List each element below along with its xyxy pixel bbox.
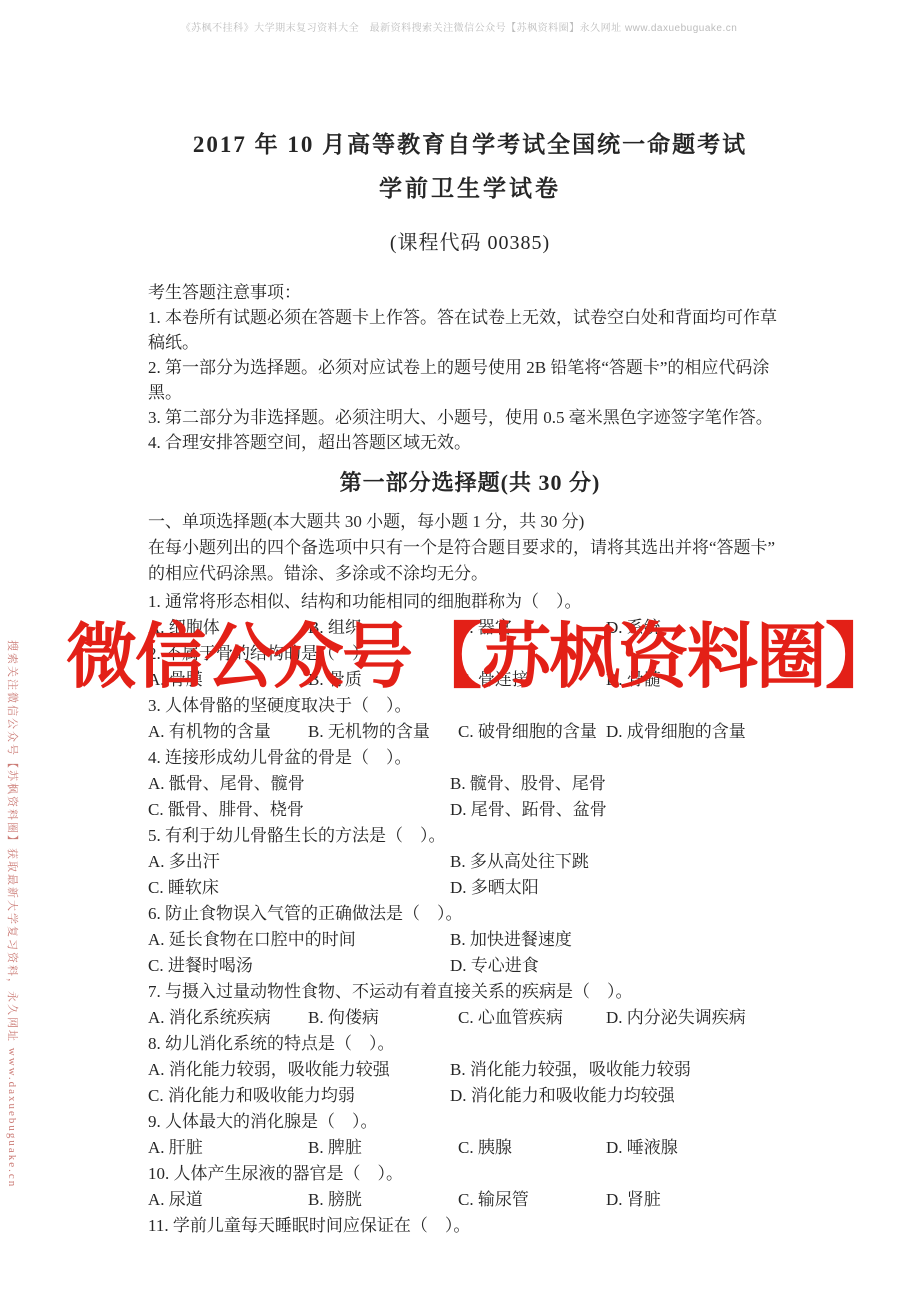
- option: B. 加快进餐速度: [450, 927, 792, 953]
- option: B. 消化能力较强，吸收能力较弱: [450, 1057, 792, 1083]
- question-options: A. 消化系统疾病B. 佝偻病C. 心血管疾病D. 内分泌失调疾病: [148, 1005, 792, 1031]
- option: C. 胰腺: [458, 1135, 606, 1161]
- question-options: A. 骶骨、尾骨、髋骨B. 髋骨、股骨、尾骨C. 骶骨、腓骨、桡骨D. 尾骨、跖…: [148, 771, 792, 823]
- center-watermark-text: 微信公众号【苏枫资料圈】: [66, 600, 894, 702]
- question: 7. 与摄入过量动物性食物、不运动有着直接关系的疾病是（ ）。 A. 消化系统疾…: [148, 979, 792, 1031]
- option: C. 睡软床: [148, 875, 450, 901]
- question: 6. 防止食物误入气管的正确做法是（ ）。 A. 延长食物在口腔中的时间B. 加…: [148, 901, 792, 979]
- option: A. 有机物的含量: [148, 719, 308, 745]
- option: B. 佝偻病: [308, 1005, 458, 1031]
- notice-item: 2. 第一部分为选择题。必须对应试卷上的题号使用 2B 铅笔将“答题卡”的相应代…: [148, 355, 792, 405]
- notice-heading: 考生答题注意事项：: [148, 280, 792, 305]
- notice-item: 4. 合理安排答题空间，超出答题区域无效。: [148, 430, 792, 455]
- option: A. 肝脏: [148, 1135, 308, 1161]
- section-title: 第一部分选择题(共 30 分): [148, 467, 792, 499]
- section-subtitle: 一、单项选择题(本大题共 30 小题，每小题 1 分，共 30 分): [148, 509, 792, 535]
- question-stem: 5. 有利于幼儿骨骼生长的方法是（ ）。: [148, 823, 792, 849]
- section-instructions: 在每小题列出的四个备选项中只有一个是符合题目要求的，请将其选出并将“答题卡”的相…: [148, 535, 792, 587]
- option: D. 内分泌失调疾病: [606, 1005, 792, 1031]
- question: 5. 有利于幼儿骨骼生长的方法是（ ）。 A. 多出汗B. 多从高处往下跳C. …: [148, 823, 792, 901]
- question: 9. 人体最大的消化腺是（ ）。 A. 肝脏B. 脾脏C. 胰腺D. 唾液腺: [148, 1109, 792, 1161]
- option: B. 多从高处往下跳: [450, 849, 792, 875]
- question-options: A. 肝脏B. 脾脏C. 胰腺D. 唾液腺: [148, 1135, 792, 1161]
- left-watermark-text: 搜索关注微信公众号【苏枫资料圈】获取最新大学复习资料，永久网址 www.daxu…: [5, 640, 21, 1188]
- option: A. 尿道: [148, 1187, 308, 1213]
- question-stem: 4. 连接形成幼儿骨盆的骨是（ ）。: [148, 745, 792, 771]
- option: D. 肾脏: [606, 1187, 792, 1213]
- option: C. 破骨细胞的含量: [458, 719, 606, 745]
- candidate-notice: 考生答题注意事项： 1. 本卷所有试题必须在答题卡上作答。答在试卷上无效，试卷空…: [148, 280, 792, 455]
- course-code: (课程代码 00385): [148, 230, 792, 256]
- option: B. 膀胱: [308, 1187, 458, 1213]
- option: C. 消化能力和吸收能力均弱: [148, 1083, 450, 1109]
- question-options: A. 尿道B. 膀胱C. 输尿管D. 肾脏: [148, 1187, 792, 1213]
- exam-title: 2017 年 10 月高等教育自学考试全国统一命题考试: [148, 0, 792, 160]
- exam-page: 《苏枫不挂科》大学期末复习资料大全 最新资料搜索关注微信公众号【苏枫资料圈】永久…: [0, 0, 918, 1298]
- question: 10. 人体产生尿液的器官是（ ）。 A. 尿道B. 膀胱C. 输尿管D. 肾脏: [148, 1161, 792, 1213]
- option: C. 输尿管: [458, 1187, 606, 1213]
- option: D. 尾骨、跖骨、盆骨: [450, 797, 792, 823]
- option: C. 骶骨、腓骨、桡骨: [148, 797, 450, 823]
- question-stem: 10. 人体产生尿液的器官是（ ）。: [148, 1161, 792, 1187]
- option: D. 唾液腺: [606, 1135, 792, 1161]
- question-options: A. 消化能力较弱，吸收能力较强B. 消化能力较强，吸收能力较弱C. 消化能力和…: [148, 1057, 792, 1109]
- paper-title: 学前卫生学试卷: [148, 174, 792, 204]
- option: B. 脾脏: [308, 1135, 458, 1161]
- option: D. 多晒太阳: [450, 875, 792, 901]
- question: 8. 幼儿消化系统的特点是（ ）。 A. 消化能力较弱，吸收能力较强B. 消化能…: [148, 1031, 792, 1109]
- question-stem: 7. 与摄入过量动物性食物、不运动有着直接关系的疾病是（ ）。: [148, 979, 792, 1005]
- option: D. 消化能力和吸收能力均较强: [450, 1083, 792, 1109]
- notice-item: 1. 本卷所有试题必须在答题卡上作答。答在试卷上无效，试卷空白处和背面均可作草稿…: [148, 305, 792, 355]
- option: A. 多出汗: [148, 849, 450, 875]
- option: D. 成骨细胞的含量: [606, 719, 792, 745]
- option: C. 进餐时喝汤: [148, 953, 450, 979]
- notice-list: 1. 本卷所有试题必须在答题卡上作答。答在试卷上无效，试卷空白处和背面均可作草稿…: [148, 305, 792, 455]
- question-stem: 6. 防止食物误入气管的正确做法是（ ）。: [148, 901, 792, 927]
- option: A. 延长食物在口腔中的时间: [148, 927, 450, 953]
- option: C. 心血管疾病: [458, 1005, 606, 1031]
- question-options: A. 有机物的含量B. 无机物的含量C. 破骨细胞的含量D. 成骨细胞的含量: [148, 719, 792, 745]
- question-stem: 11. 学前儿童每天睡眠时间应保证在（ ）。: [148, 1213, 792, 1239]
- question: 4. 连接形成幼儿骨盆的骨是（ ）。 A. 骶骨、尾骨、髋骨B. 髋骨、股骨、尾…: [148, 745, 792, 823]
- option: B. 髋骨、股骨、尾骨: [450, 771, 792, 797]
- option: A. 消化系统疾病: [148, 1005, 308, 1031]
- question: 11. 学前儿童每天睡眠时间应保证在（ ）。: [148, 1213, 792, 1239]
- question-stem: 8. 幼儿消化系统的特点是（ ）。: [148, 1031, 792, 1057]
- question-options: A. 多出汗B. 多从高处往下跳C. 睡软床D. 多晒太阳: [148, 849, 792, 901]
- option: A. 骶骨、尾骨、髋骨: [148, 771, 450, 797]
- notice-item: 3. 第二部分为非选择题。必须注明大、小题号，使用 0.5 毫米黑色字迹签字笔作…: [148, 405, 792, 430]
- question-stem: 9. 人体最大的消化腺是（ ）。: [148, 1109, 792, 1135]
- question-options: A. 延长食物在口腔中的时间B. 加快进餐速度C. 进餐时喝汤D. 专心进食: [148, 927, 792, 979]
- option: D. 专心进食: [450, 953, 792, 979]
- option: B. 无机物的含量: [308, 719, 458, 745]
- option: A. 消化能力较弱，吸收能力较强: [148, 1057, 450, 1083]
